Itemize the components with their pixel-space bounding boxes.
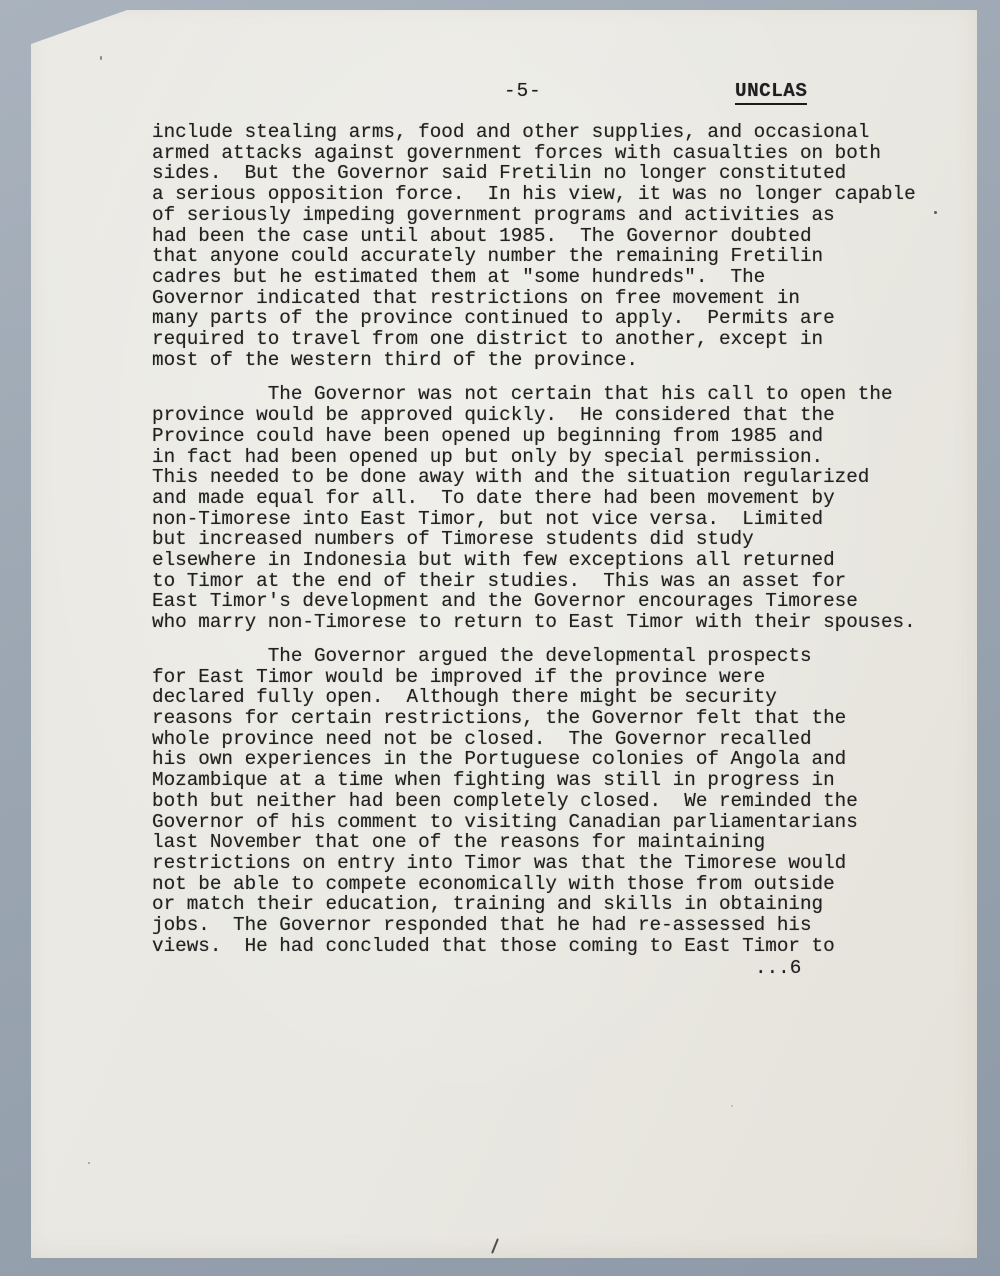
document-body: include stealing arms, food and other su… [152, 122, 952, 979]
scan-speck [731, 1105, 733, 1107]
scan-speck [100, 56, 102, 60]
classification-marking: UNCLAS [735, 80, 807, 105]
scan-speck [934, 211, 937, 214]
paragraph-1: include stealing arms, food and other su… [152, 122, 952, 370]
page-number: -5- [504, 80, 542, 102]
paragraph-3: The Governor argued the developmental pr… [152, 646, 952, 957]
page-header: -5- UNCLAS [31, 80, 977, 104]
document-page: -5- UNCLAS include stealing arms, food a… [31, 10, 977, 1258]
scan-speck [88, 1162, 90, 1164]
paragraph-2: The Governor was not certain that his ca… [152, 384, 952, 632]
continuation-marker: ...6 [152, 958, 952, 979]
pen-mark [491, 1238, 499, 1254]
